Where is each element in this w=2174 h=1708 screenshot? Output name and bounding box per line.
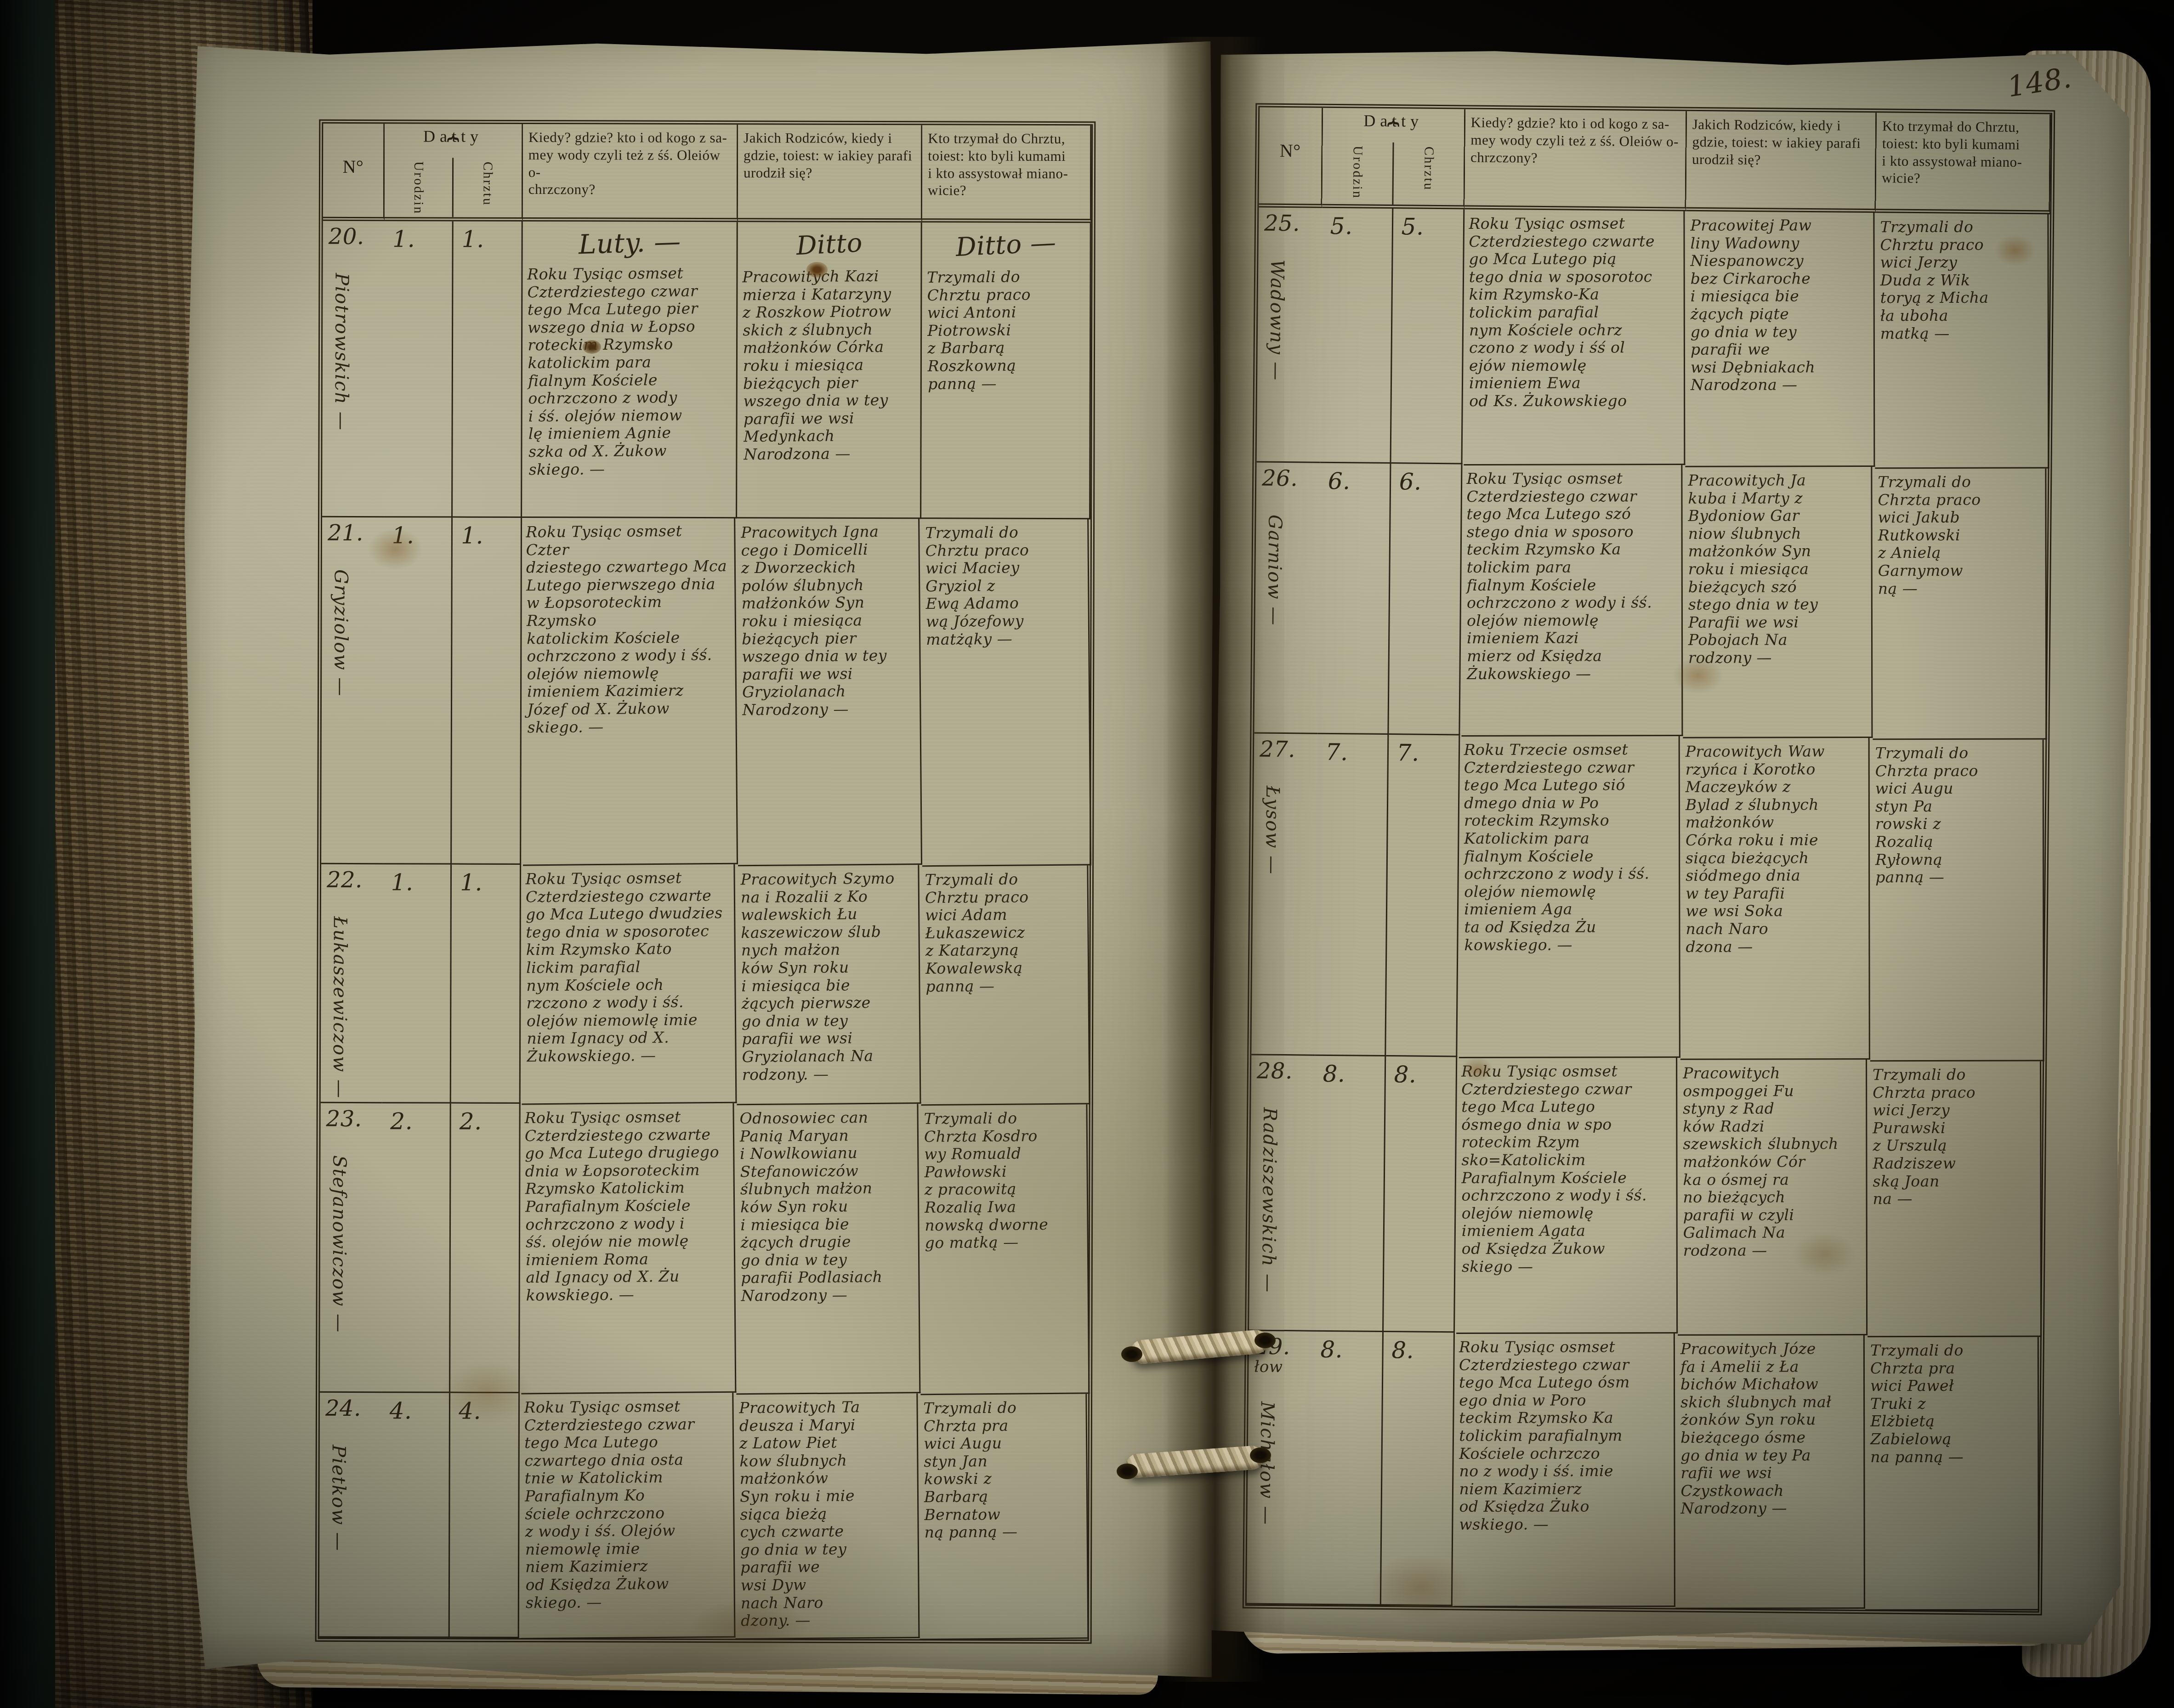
entry-26-baptism-text: Roku Tysiąc osmset Czterdziestego czwar … <box>1461 465 1683 737</box>
entry-25-birth-date: 5. <box>1320 208 1393 464</box>
entry-21-godparents-text: Trzymali do Chrztu praco wici Maciey Gry… <box>920 518 1091 867</box>
entry-23-godparents-text: Trzymali do Chrzta Kosdro wy Romuald Paw… <box>919 1104 1090 1395</box>
entry-28-baptism-date: 8. <box>1384 1056 1457 1333</box>
entry-27-baptism-date: 7. <box>1386 735 1460 1057</box>
parents-record-text: Pracowitych Kazi mierza i Katarzyny z Ro… <box>742 267 916 464</box>
godparents-record-text: Trzymali do Chrztu praco wici Antoni Pio… <box>927 267 1084 393</box>
family-name-vertical: Radziszewskich — <box>1258 1107 1281 1294</box>
entry-26-parents-text: Pracowitych Ja kuba i Marty z Bydoniow G… <box>1682 467 1873 738</box>
left-header-no: N° <box>323 124 385 221</box>
ditto-mark: Ditto — <box>927 226 1085 264</box>
entry-27-godparents-text: Trzymali do Chrzta praco wici Augu styn … <box>1870 740 2044 1062</box>
family-name-vertical: Garniow — <box>1263 515 1285 626</box>
left-header-datty-group: Datty ⏞ Urodzin Chrztu <box>385 124 523 221</box>
entry-20-godparents-cell: Ditto — Trzymali do Chrztu praco wici An… <box>921 222 1091 519</box>
left-header-birth-date: Urodzin <box>411 162 426 215</box>
brace-glyph: ⏞ <box>385 143 522 161</box>
month-heading: Luty. — <box>528 224 731 261</box>
right-header-what-parents: Jakich Rodziców, kiedy i gdzie, toiest: … <box>1686 111 1877 213</box>
entry-26-baptism-date: 6. <box>1389 464 1462 735</box>
baptism-record-text: Roku Tysiąc osmset Czterdziestego czwar … <box>527 264 732 479</box>
family-name-vertical: Stefanowiczow — <box>328 1155 350 1333</box>
entry-22-birth-date: 1. <box>382 864 452 1103</box>
left-header-who-held: Kto trzymał do Chrztu, toiest: kto byli … <box>922 125 1091 223</box>
entry-number: 28. <box>1257 1060 1309 1083</box>
right-header-no: N° <box>1259 108 1323 208</box>
left-register-table: N° Datty ⏞ Urodzin Chrztu Kiedy? gdzie? … <box>315 119 1096 1644</box>
entry-20-birth-date: 1. <box>384 221 454 517</box>
entry-margin-note: łow <box>1254 1358 1306 1377</box>
entry-24-baptism-text: Roku Tysiąc osmset Czterdziestego czwar … <box>518 1393 735 1640</box>
entry-29-parents-text: Pracowitych Józe fa i Amelii z Ła bichów… <box>1675 1335 1865 1609</box>
entry-24-birth-date: 4. <box>380 1393 450 1638</box>
entry-28-birth-date: 8. <box>1312 1056 1386 1332</box>
entry-27-baptism-text: Roku Trzecie osmset Czterdziestego czwar… <box>1458 736 1680 1058</box>
entry-27-birth-date: 7. <box>1315 734 1389 1056</box>
entry-26-no-cell: 26. Garniow — <box>1254 463 1320 734</box>
stitch-hole <box>1250 1447 1271 1463</box>
stitch-hole <box>1121 1346 1142 1362</box>
entry-29-baptism-date: 8. <box>1381 1332 1455 1606</box>
scanned-register-book: N° Datty ⏞ Urodzin Chrztu Kiedy? gdzie? … <box>0 0 2174 1708</box>
entry-24-baptism-date: 4. <box>450 1393 520 1638</box>
entry-21-baptism-text: Roku Tysiąc osmset Czter dziestego czwar… <box>520 517 738 866</box>
entry-25-no-cell: 25. Wadowny — <box>1257 208 1323 463</box>
entry-27-no-cell: 27. Łysow — <box>1251 733 1317 1055</box>
entry-23-no-cell: 23. Stefanowiczow — <box>320 1103 382 1393</box>
brace-glyph: ⏞ <box>1323 127 1464 146</box>
right-header-birth-date: Urodzin <box>1350 146 1365 199</box>
right-header-datty-group: Datty ⏞ Urodzin Chrztu <box>1322 108 1465 210</box>
entry-number: 26. <box>1262 467 1314 490</box>
family-name-vertical: Gryziolow — <box>330 569 352 697</box>
stitch-hole <box>1117 1464 1138 1479</box>
entry-21-no-cell: 21. Gryziolow — <box>321 517 384 864</box>
entry-23-parents-text: Odnosowiec can Panią Maryan i Nowlkowian… <box>734 1104 920 1395</box>
entry-22-godparents-text: Trzymali do Chrztu praco wici Adam Łukas… <box>920 865 1090 1106</box>
entry-26-birth-date: 6. <box>1317 463 1391 735</box>
family-name-vertical: Łukaszewiczow — <box>329 916 351 1099</box>
entry-29-godparents-text: Trzymali do Chrzta pra wici Paweł Truki … <box>1865 1337 2039 1611</box>
family-name-vertical: Łysow — <box>1261 786 1283 875</box>
family-name-vertical: Piotrowskich — <box>331 273 352 431</box>
entry-22-baptism-text: Roku Tysiąc osmset Czterdziestego czwart… <box>520 864 737 1105</box>
entry-28-baptism-text: Roku Tysiąc osmset Czterdziestego czwar … <box>1456 1058 1678 1334</box>
stitch-hole <box>1254 1333 1276 1348</box>
left-header-when-baptized: Kiedy? gdzie? kto i od kogo z sa- mey wo… <box>522 124 738 222</box>
entry-number: 24. <box>325 1397 376 1419</box>
entry-24-parents-text: Pracowitych Ta deusza i Maryi z Latow Pi… <box>733 1393 920 1640</box>
entry-28-parents-text: Pracowitych osmpoggei Fu styny z Rad ków… <box>1677 1060 1867 1336</box>
entry-20-parents-cell: Ditto Pracowitych Kazi mierza i Katarzyn… <box>737 222 922 519</box>
entry-20-baptism-date: 1. <box>453 221 522 518</box>
entry-25-baptism-date: 5. <box>1391 209 1464 464</box>
entry-25-baptism-text: Roku Tysiąc osmset Czterdziestego czwart… <box>1463 210 1685 465</box>
entry-number: 21. <box>328 522 378 544</box>
family-name-vertical: Pietkow — <box>328 1445 349 1552</box>
entry-25-godparents-text: Trzymali do Chrztu praco wici Jerzy Duda… <box>1875 214 2049 469</box>
right-header-baptism-date: Chrztu <box>1421 147 1436 191</box>
entry-number: 20. <box>329 226 379 248</box>
entry-27-parents-text: Pracowitych Waw rzyńca i Korotko Maczeyk… <box>1680 738 1871 1060</box>
entry-22-baptism-date: 1. <box>451 865 521 1104</box>
ditto-mark: Ditto <box>743 225 916 264</box>
entry-29-baptism-text: Roku Tysiąc osmset Czterdziestego czwar … <box>1453 1333 1675 1607</box>
entry-21-parents-text: Pracowitych Igna cego i Domicelli z Dwor… <box>735 518 922 866</box>
entry-24-no-cell: 24. Pietkow — <box>319 1393 381 1638</box>
entry-26-godparents-text: Trzymali do Chrzta praco wici Jakub Rutk… <box>1873 469 2047 740</box>
entry-22-no-cell: 22. Łukaszewiczow — <box>321 864 383 1103</box>
left-header-what-parents: Jakich Rodziców, kiedy i gdzie, toiest: … <box>738 125 923 222</box>
entry-28-godparents-text: Trzymali do Chrzta praco wici Jerzy Pura… <box>1867 1061 2042 1338</box>
entry-24-godparents-text: Trzymali do Chrzta pra wici Augu styn Ja… <box>918 1394 1089 1640</box>
left-header-baptism-date: Chrztu <box>480 162 495 206</box>
entry-20-no-cell: 20. Piotrowskich — <box>322 221 384 517</box>
entry-25-parents-text: Pracowitej Paw liny Wadowny Niespanowczy… <box>1685 212 1875 467</box>
entry-23-birth-date: 2. <box>381 1103 451 1393</box>
right-header-who-held: Kto trzymał do Chrztu, toiest: kto byli … <box>1876 113 2051 214</box>
family-name-vertical: Wadowny — <box>1266 260 1288 381</box>
entry-number: 23. <box>326 1108 377 1130</box>
entry-number: 27. <box>1260 738 1312 761</box>
entry-number: 22. <box>327 869 377 891</box>
entry-21-birth-date: 1. <box>383 517 453 864</box>
entry-23-baptism-date: 2. <box>450 1104 520 1393</box>
entry-22-parents-text: Pracowitych Szymo na i Rozalii z Ko wale… <box>735 865 921 1105</box>
entry-29-birth-date: 8. <box>1310 1332 1384 1606</box>
entry-28-no-cell: 28. Radziszewskich — <box>1249 1055 1315 1331</box>
entry-23-baptism-text: Roku Tysiąc osmset Czterdziestego czwart… <box>519 1103 736 1395</box>
right-register-table: N° Datty ⏞ Urodzin Chrztu Kiedy? gdzie? … <box>1243 103 2055 1615</box>
right-header-when-baptized: Kiedy? gdzie? kto i od kogo z sa- mey wo… <box>1464 109 1687 211</box>
entry-21-baptism-date: 1. <box>452 518 522 865</box>
entry-20-baptism-cell: Luty. — Roku Tysiąc osmset Czterdziesteg… <box>522 221 738 518</box>
entry-number: 25. <box>1264 212 1317 235</box>
